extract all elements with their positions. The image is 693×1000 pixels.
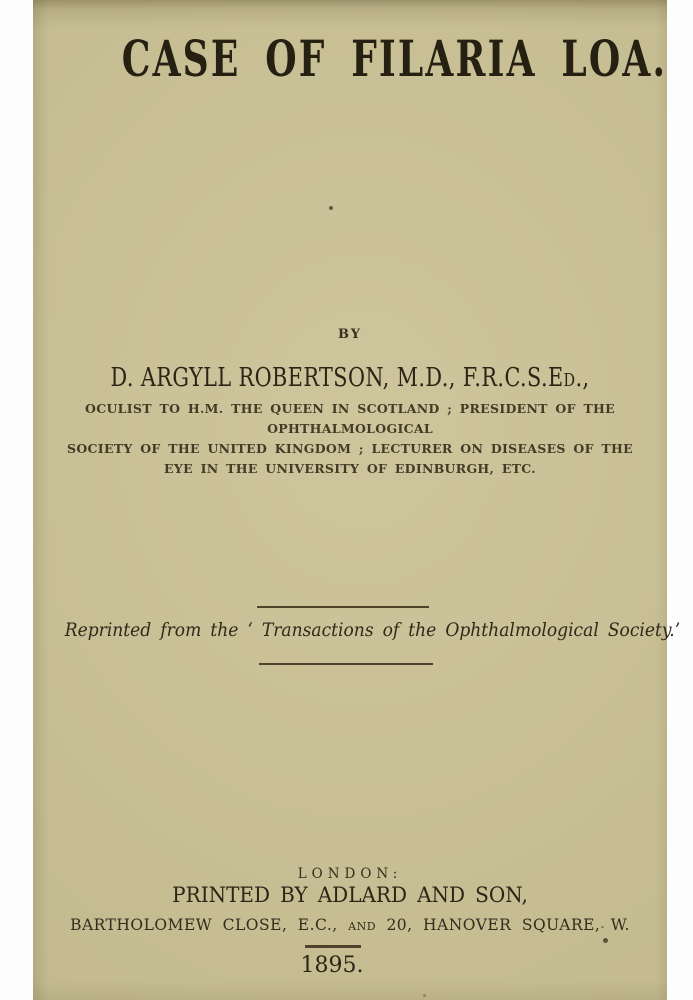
author-credentials: OCULIST TO H.M. THE QUEEN IN SCOTLAND ; … [33,399,667,479]
credentials-line-2: SOCIETY OF THE UNITED KINGDOM ; LECTURER… [33,439,667,459]
byline-label: BY [33,327,667,342]
title-page-paper: CASE OF FILARIA LOA. BY D. ARGYLL ROBERT… [33,0,667,1000]
paper-speck [603,938,608,943]
author-name: D. ARGYLL ROBERTSON, M.D., F.R.C.S.Ed., [96,364,603,393]
credentials-line-3: EYE IN THE UNIVERSITY OF EDINBURGH, ETC. [33,459,667,479]
paper-speck [423,994,426,997]
imprint-city: LONDON: [33,866,667,882]
book-title: CASE OF FILARIA LOA. [122,34,578,84]
imprint-printer: PRINTED BY ADLARD AND SON, [55,884,645,909]
year-divider-rule [305,945,361,948]
credentials-line-1: OCULIST TO H.M. THE QUEEN IN SCOTLAND ; … [33,399,667,439]
paper-speck [601,926,604,928]
scanned-page: CASE OF FILARIA LOA. BY D. ARGYLL ROBERT… [0,0,693,1000]
paper-speck [329,206,333,210]
imprint-year: 1895. [15,953,649,978]
imprint-address: BARTHOLOMEW CLOSE, E.C., and 20, HANOVER… [33,916,667,934]
divider-rule-top [257,606,429,608]
divider-rule-bottom [259,663,433,665]
reprint-note: Reprinted from the ‘ Transactions of the… [65,617,636,645]
